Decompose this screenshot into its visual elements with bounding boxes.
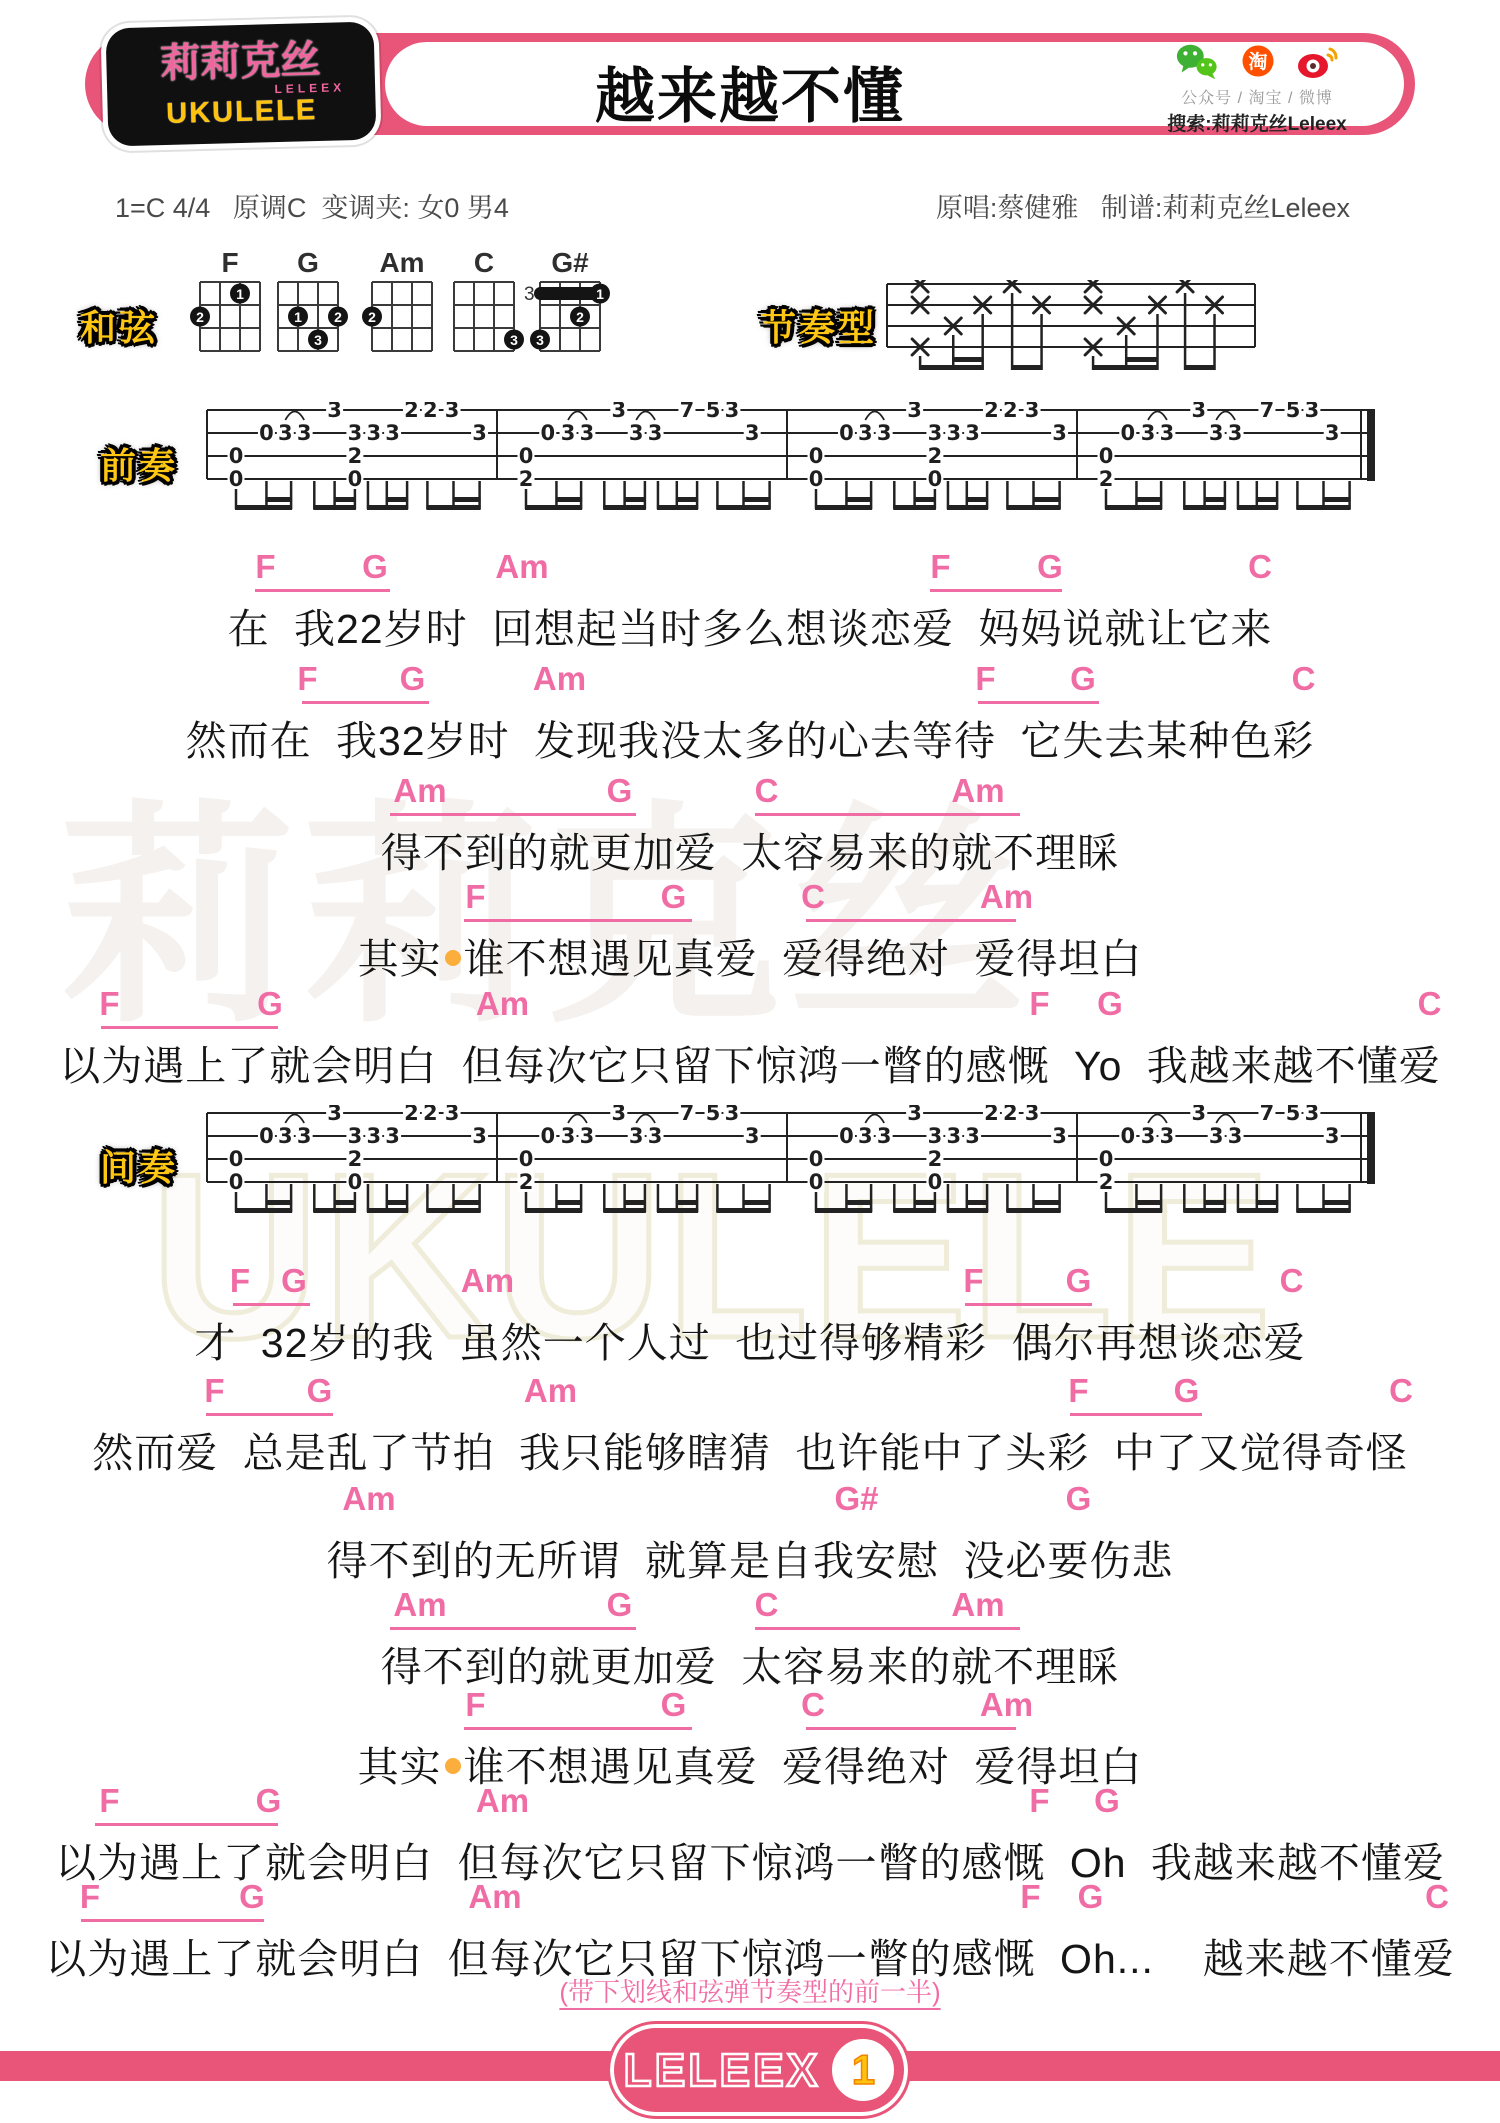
svg-text:0: 0 xyxy=(839,421,854,445)
chord-label-Am: Am xyxy=(342,1480,395,1518)
svg-text:3: 3 xyxy=(611,1105,626,1125)
chord-underline xyxy=(390,1627,636,1630)
svg-text:3: 3 xyxy=(611,402,626,422)
svg-text:2: 2 xyxy=(519,467,534,491)
svg-text:5: 5 xyxy=(1286,1105,1301,1125)
chord-label-C: C xyxy=(1389,1372,1413,1410)
chord-label-F: F xyxy=(297,660,317,698)
lyric-text: 得不到的就更加爱 太容易来的就不理睬 xyxy=(0,820,1500,879)
brand-logo-en: LELEEX xyxy=(274,81,345,95)
svg-text:3: 3 xyxy=(1209,1124,1224,1148)
chord-row: FGCAm xyxy=(0,878,1500,916)
svg-text:2: 2 xyxy=(423,402,438,422)
svg-text:3: 3 xyxy=(1160,421,1175,445)
svg-text:0: 0 xyxy=(839,1124,854,1148)
chord-diagram-G: G123 xyxy=(256,246,360,388)
chord-underline xyxy=(464,1727,692,1730)
weibo-icon[interactable] xyxy=(1296,41,1340,86)
svg-text:0: 0 xyxy=(1099,444,1114,468)
song-line-9: AmGCAm得不到的就更加爱 太容易来的就不理睬 xyxy=(0,1586,1500,1693)
chord-label-Am: Am xyxy=(533,660,586,698)
svg-text:3: 3 xyxy=(1052,421,1067,445)
page-title: 越来越不懂 xyxy=(385,49,1115,135)
chord-label-G: G xyxy=(400,660,426,698)
svg-text:淘: 淘 xyxy=(1248,50,1267,73)
svg-text:0: 0 xyxy=(928,1170,943,1194)
svg-text:7: 7 xyxy=(1260,1105,1275,1125)
lyric-text: 以为遇上了就会明白 但每次它只留下惊鸿一瞥的感慨 Yo 我越来越不懂爱 xyxy=(0,1033,1500,1092)
chord-label-C: C xyxy=(755,772,779,810)
svg-text:0: 0 xyxy=(928,467,943,491)
chord-label-F: F xyxy=(465,878,485,916)
chord-label-G: G xyxy=(607,772,633,810)
chord-row: FGAmFGC xyxy=(0,1262,1500,1300)
svg-text:0: 0 xyxy=(809,1170,824,1194)
chord-row: FGAmFGC xyxy=(0,548,1500,586)
chord-label-Am: Am xyxy=(951,772,1004,810)
chord-label-Am: Am xyxy=(980,1686,1033,1724)
svg-text:3: 3 xyxy=(385,1124,400,1148)
chord-label-G: G xyxy=(307,1372,333,1410)
interlude-section-label: 间奏 xyxy=(100,1140,178,1191)
chord-underline xyxy=(302,701,430,704)
svg-text:3: 3 xyxy=(1191,402,1206,422)
social-block: 淘 公众号 / 淘宝 / 微博 搜索:莉莉克丝Leleex xyxy=(1129,41,1385,136)
svg-text:3: 3 xyxy=(366,1124,381,1148)
brand-logo-cn: 莉莉克丝 xyxy=(160,39,321,83)
svg-text:3: 3 xyxy=(1191,1105,1206,1125)
song-line-6: FGAmFGC才 32岁的我 虽然一个人过 也过得够精彩 偶尔再想谈恋爱 xyxy=(0,1262,1500,1369)
chord-row: FGAmFGC xyxy=(0,985,1500,1023)
svg-text:3: 3 xyxy=(278,1124,293,1148)
credits-info: 原唱:蔡健雅 制谱:莉莉克丝Leleex xyxy=(936,186,1350,225)
social-search-hint: 搜索:莉莉克丝Leleex xyxy=(1129,109,1385,136)
svg-text:1: 1 xyxy=(236,286,244,302)
svg-text:2: 2 xyxy=(1003,1105,1018,1125)
svg-text:0: 0 xyxy=(229,1170,244,1194)
lyric-text: 才 32岁的我 虽然一个人过 也过得够精彩 偶尔再想谈恋爱 xyxy=(0,1310,1500,1369)
chord-underline xyxy=(806,919,1016,922)
svg-text:2: 2 xyxy=(984,402,999,422)
chord-label-Am: Am xyxy=(461,1262,514,1300)
chord-label-F: F xyxy=(975,660,995,698)
svg-text:0: 0 xyxy=(519,444,534,468)
chord-row: AmGCAm xyxy=(0,772,1500,810)
svg-text:3: 3 xyxy=(561,421,576,445)
chord-label-F: F xyxy=(963,1262,983,1300)
chord-underline xyxy=(95,1823,278,1826)
song-sheet: 莉莉克丝 UKULELE 莉莉克丝 LELEEX UKULELE 越来越不懂 xyxy=(0,0,1500,2123)
lyric-text: 在 我22岁时 回想起当时多么想谈恋爱 妈妈说就让它来 xyxy=(0,596,1500,655)
svg-text:3: 3 xyxy=(445,1105,460,1125)
svg-text:F: F xyxy=(221,247,238,278)
taobao-icon[interactable]: 淘 xyxy=(1238,41,1278,86)
chord-label-C: C xyxy=(1418,985,1442,1023)
chord-label-F: F xyxy=(1029,1782,1049,1820)
svg-text:2: 2 xyxy=(519,1170,534,1194)
svg-text:2: 2 xyxy=(368,309,376,325)
chord-label-G: G xyxy=(1174,1372,1200,1410)
svg-text:3: 3 xyxy=(1141,421,1156,445)
song-line-11: FGAmFG以为遇上了就会明白 但每次它只留下惊鸿一瞥的感慨 Oh 我越来越不懂… xyxy=(0,1782,1500,1889)
chord-underline xyxy=(464,919,692,922)
chord-diagram-G#: G#3123 xyxy=(518,246,622,388)
song-line-12: FGAmFGC以为遇上了就会明白 但每次它只留下惊鸿一瞥的感慨 Oh... 越来… xyxy=(0,1878,1500,1985)
song-line-2: FGAmFGC然而在 我32岁时 发现我没太多的心去等待 它失去某种色彩 xyxy=(0,660,1500,767)
chord-label-Am: Am xyxy=(468,1878,521,1916)
svg-text:3: 3 xyxy=(858,1124,873,1148)
svg-text:3: 3 xyxy=(629,421,644,445)
chord-label-C: C xyxy=(755,1586,779,1624)
chord-label-G: G xyxy=(256,1782,282,1820)
svg-text:3: 3 xyxy=(1025,402,1040,422)
chord-underline xyxy=(806,1727,1016,1730)
svg-text:3: 3 xyxy=(1025,1105,1040,1125)
chord-label-F: F xyxy=(1068,1372,1088,1410)
chord-label-C: C xyxy=(1425,1878,1449,1916)
chord-label-Am: Am xyxy=(393,1586,446,1624)
svg-text:0: 0 xyxy=(259,421,274,445)
svg-text:0: 0 xyxy=(519,1147,534,1171)
song-line-4: FGCAm其实谁不想遇见真爱 爱得绝对 爱得坦白 xyxy=(0,878,1500,985)
svg-text:3: 3 xyxy=(965,421,980,445)
chord-label-C: C xyxy=(1280,1262,1304,1300)
interlude-tab-staff: 0003333203322330203333375330003333203322… xyxy=(205,1105,1385,1238)
svg-text:7: 7 xyxy=(1260,402,1275,422)
svg-text:3: 3 xyxy=(877,421,892,445)
svg-text:5: 5 xyxy=(706,402,721,422)
svg-text:0: 0 xyxy=(348,1170,363,1194)
song-line-3: AmGCAm得不到的就更加爱 太容易来的就不理睬 xyxy=(0,772,1500,879)
svg-text:2: 2 xyxy=(1099,467,1114,491)
svg-text:2: 2 xyxy=(1099,1170,1114,1194)
svg-text:3: 3 xyxy=(745,421,760,445)
svg-text:1: 1 xyxy=(294,309,302,325)
beat-dot xyxy=(445,1758,461,1774)
svg-text:0: 0 xyxy=(229,1147,244,1171)
chord-label-Am: Am xyxy=(524,1372,577,1410)
svg-text:3: 3 xyxy=(1305,402,1320,422)
svg-text:3: 3 xyxy=(946,1124,961,1148)
svg-text:3: 3 xyxy=(580,421,595,445)
svg-text:0: 0 xyxy=(1120,421,1135,445)
svg-text:C: C xyxy=(474,247,494,278)
rhythm-staff xyxy=(885,280,1257,385)
svg-text:2: 2 xyxy=(423,1105,438,1125)
chord-label-Am: Am xyxy=(476,1782,529,1820)
svg-text:3: 3 xyxy=(858,421,873,445)
lyric-text: 得不到的就更加爱 太容易来的就不理睬 xyxy=(0,1634,1500,1693)
chord-label-Am: Am xyxy=(951,1586,1004,1624)
key-capo-info: 1=C 4/4 原调C 变调夹: 女0 男4 xyxy=(115,186,509,225)
wechat-icon[interactable] xyxy=(1174,41,1220,86)
svg-text:3: 3 xyxy=(928,421,943,445)
chord-label-G: G xyxy=(1094,1782,1120,1820)
svg-text:3: 3 xyxy=(725,402,740,422)
social-icons: 淘 xyxy=(1129,41,1385,85)
svg-text:3: 3 xyxy=(366,421,381,445)
svg-text:7: 7 xyxy=(680,402,695,422)
song-meta: 1=C 4/4 原调C 变调夹: 女0 男4 原唱:蔡健雅 制谱:莉莉克丝Lel… xyxy=(115,186,1350,225)
chord-row: FGAmFGC xyxy=(0,660,1500,698)
chord-label-G: G xyxy=(281,1262,307,1300)
footer-brand-pill: LELEEX 1 xyxy=(610,2024,908,2116)
svg-text:2: 2 xyxy=(928,444,943,468)
chord-label-G: G xyxy=(1070,660,1096,698)
svg-text:0: 0 xyxy=(1120,1124,1135,1148)
svg-text:0: 0 xyxy=(809,467,824,491)
chord-label-Am: Am xyxy=(476,985,529,1023)
svg-text:2: 2 xyxy=(404,402,419,422)
svg-text:2: 2 xyxy=(404,1105,419,1125)
svg-text:0: 0 xyxy=(809,444,824,468)
chord-label-G: G xyxy=(1078,1878,1104,1916)
chord-label-F: F xyxy=(930,548,950,586)
song-line-5: FGAmFGC以为遇上了就会明白 但每次它只留下惊鸿一瞥的感慨 Yo 我越来越不… xyxy=(0,985,1500,1092)
svg-text:3: 3 xyxy=(472,1124,487,1148)
chord-label-G: G xyxy=(661,1686,687,1724)
chord-label-G: G xyxy=(661,878,687,916)
svg-text:3: 3 xyxy=(327,1105,342,1125)
chord-underline xyxy=(755,1627,1021,1630)
chord-label-F: F xyxy=(80,1878,100,1916)
chord-underline xyxy=(81,1919,264,1922)
chord-label-F: F xyxy=(230,1262,250,1300)
svg-text:3: 3 xyxy=(1141,1124,1156,1148)
footer-page-badge: 1 xyxy=(832,2039,894,2101)
svg-text:3: 3 xyxy=(385,421,400,445)
chord-label-C: C xyxy=(801,878,825,916)
chord-row: FGAmFGC xyxy=(0,1372,1500,1410)
svg-text:0: 0 xyxy=(229,467,244,491)
svg-text:2: 2 xyxy=(1003,402,1018,422)
footer-brand-text: LELEEX xyxy=(624,2043,821,2097)
chord-row: FGAmFGC xyxy=(0,1878,1500,1916)
svg-text:5: 5 xyxy=(706,1105,721,1125)
chord-label-G#: G# xyxy=(834,1480,878,1518)
svg-text:3: 3 xyxy=(445,402,460,422)
chord-row: FGCAm xyxy=(0,1686,1500,1724)
svg-text:5: 5 xyxy=(1286,402,1301,422)
svg-text:2: 2 xyxy=(984,1105,999,1125)
svg-text:3: 3 xyxy=(524,284,535,305)
svg-text:0: 0 xyxy=(348,467,363,491)
chord-label-F: F xyxy=(99,1782,119,1820)
svg-text:3: 3 xyxy=(629,1124,644,1148)
chord-label-F: F xyxy=(465,1686,485,1724)
footer-note: (带下划线和弦弹节奏型的前一半) xyxy=(0,1972,1500,2009)
svg-text:3: 3 xyxy=(745,1124,760,1148)
chord-label-G: G xyxy=(362,548,388,586)
chord-label-G: G xyxy=(607,1586,633,1624)
chord-label-F: F xyxy=(1029,985,1049,1023)
svg-text:0: 0 xyxy=(809,1147,824,1171)
svg-text:3: 3 xyxy=(278,421,293,445)
svg-text:2: 2 xyxy=(576,309,584,325)
svg-text:3: 3 xyxy=(648,421,663,445)
intro-section-label: 前奏 xyxy=(100,438,178,489)
song-line-1: FGAmFGC在 我22岁时 回想起当时多么想谈恋爱 妈妈说就让它来 xyxy=(0,548,1500,655)
svg-text:3: 3 xyxy=(1325,421,1340,445)
svg-text:G#: G# xyxy=(551,247,589,278)
svg-text:2: 2 xyxy=(196,309,204,325)
lyric-text: 然而在 我32岁时 发现我没太多的心去等待 它失去某种色彩 xyxy=(0,708,1500,767)
svg-text:2: 2 xyxy=(348,1147,363,1171)
chord-label-C: C xyxy=(1248,548,1272,586)
chords-section-label: 和弦 xyxy=(80,300,158,351)
svg-text:0: 0 xyxy=(540,421,555,445)
beat-dot xyxy=(445,950,461,966)
svg-text:3: 3 xyxy=(1209,421,1224,445)
footer-note-text: (带下划线和弦弹节奏型的前一半) xyxy=(559,1977,940,2007)
svg-text:3: 3 xyxy=(348,421,363,445)
chord-label-F: F xyxy=(204,1372,224,1410)
svg-text:0: 0 xyxy=(229,444,244,468)
svg-text:3: 3 xyxy=(1325,1124,1340,1148)
chord-underline xyxy=(206,1413,334,1416)
chord-label-Am: Am xyxy=(393,772,446,810)
chord-underline xyxy=(965,1303,1093,1306)
svg-text:3: 3 xyxy=(297,1124,312,1148)
svg-text:Am: Am xyxy=(379,247,424,278)
chord-label-Am: Am xyxy=(495,548,548,586)
svg-text:1: 1 xyxy=(596,286,604,302)
svg-text:3: 3 xyxy=(877,1124,892,1148)
svg-text:3: 3 xyxy=(907,1105,922,1125)
svg-text:2: 2 xyxy=(334,309,342,325)
svg-text:3: 3 xyxy=(472,421,487,445)
chord-underline xyxy=(390,813,636,816)
chord-underline xyxy=(930,589,1062,592)
svg-text:3: 3 xyxy=(580,1124,595,1148)
brand-logo: 莉莉克丝 LELEEX UKULELE xyxy=(106,22,377,147)
song-line-10: FGCAm其实谁不想遇见真爱 爱得绝对 爱得坦白 xyxy=(0,1686,1500,1793)
svg-text:3: 3 xyxy=(907,402,922,422)
svg-text:3: 3 xyxy=(725,1105,740,1125)
chord-underline xyxy=(978,701,1099,704)
svg-text:3: 3 xyxy=(946,421,961,445)
svg-text:0: 0 xyxy=(540,1124,555,1148)
chord-underline xyxy=(101,1026,278,1029)
lyric-text: 其实谁不想遇见真爱 爱得绝对 爱得坦白 xyxy=(0,926,1500,985)
svg-text:3: 3 xyxy=(1052,1124,1067,1148)
song-line-8: AmG#G得不到的无所谓 就算是自我安慰 没必要伤悲 xyxy=(0,1480,1500,1587)
chord-label-C: C xyxy=(801,1686,825,1724)
svg-text:3: 3 xyxy=(314,332,322,348)
svg-text:7: 7 xyxy=(680,1105,695,1125)
song-line-7: FGAmFGC然而爱 总是乱了节拍 我只能够瞎猜 也许能中了头彩 中了又觉得奇怪 xyxy=(0,1372,1500,1479)
chord-label-G: G xyxy=(257,985,283,1023)
chord-label-F: F xyxy=(1020,1878,1040,1916)
svg-text:3: 3 xyxy=(297,421,312,445)
chord-label-G: G xyxy=(239,1878,265,1916)
svg-text:3: 3 xyxy=(1228,1124,1243,1148)
svg-text:0: 0 xyxy=(259,1124,274,1148)
svg-text:3: 3 xyxy=(648,1124,663,1148)
chord-label-G: G xyxy=(1037,548,1063,586)
svg-text:0: 0 xyxy=(1099,1147,1114,1171)
svg-text:G: G xyxy=(297,247,319,278)
chord-underline xyxy=(1070,1413,1202,1416)
header-banner: 莉莉克丝 LELEEX UKULELE 越来越不懂 xyxy=(85,33,1415,135)
chord-underline xyxy=(233,1303,311,1306)
svg-text:2: 2 xyxy=(348,444,363,468)
chord-label-G: G xyxy=(1066,1480,1092,1518)
svg-text:3: 3 xyxy=(561,1124,576,1148)
brand-logo-ukulele: UKULELE xyxy=(166,96,318,129)
social-labels: 公众号 / 淘宝 / 微博 xyxy=(1129,85,1385,108)
rhythm-section-label: 节奏型 xyxy=(760,300,877,351)
svg-text:2: 2 xyxy=(928,1147,943,1171)
lyric-text: 然而爱 总是乱了节拍 我只能够瞎猜 也许能中了头彩 中了又觉得奇怪 xyxy=(0,1420,1500,1479)
svg-text:3: 3 xyxy=(1305,1105,1320,1125)
svg-text:3: 3 xyxy=(1228,421,1243,445)
chord-label-G: G xyxy=(1066,1262,1092,1300)
svg-text:3: 3 xyxy=(327,402,342,422)
chord-label-F: F xyxy=(255,548,275,586)
svg-text:3: 3 xyxy=(1160,1124,1175,1148)
chord-underline xyxy=(255,589,390,592)
svg-text:3: 3 xyxy=(928,1124,943,1148)
chord-label-F: F xyxy=(99,985,119,1023)
lyric-text: 得不到的无所谓 就算是自我安慰 没必要伤悲 xyxy=(0,1528,1500,1587)
chord-underline xyxy=(755,813,1021,816)
chord-label-Am: Am xyxy=(980,878,1033,916)
svg-text:3: 3 xyxy=(510,332,518,348)
svg-text:3: 3 xyxy=(348,1124,363,1148)
svg-text:3: 3 xyxy=(536,332,544,348)
chord-row: AmG#G xyxy=(0,1480,1500,1518)
chord-label-C: C xyxy=(1292,660,1316,698)
svg-text:3: 3 xyxy=(965,1124,980,1148)
chord-row: FGAmFG xyxy=(0,1782,1500,1820)
chord-row: AmGCAm xyxy=(0,1586,1500,1624)
intro-tab-staff: 0003333203322330203333375330003333203322… xyxy=(205,402,1385,535)
chord-label-G: G xyxy=(1097,985,1123,1023)
